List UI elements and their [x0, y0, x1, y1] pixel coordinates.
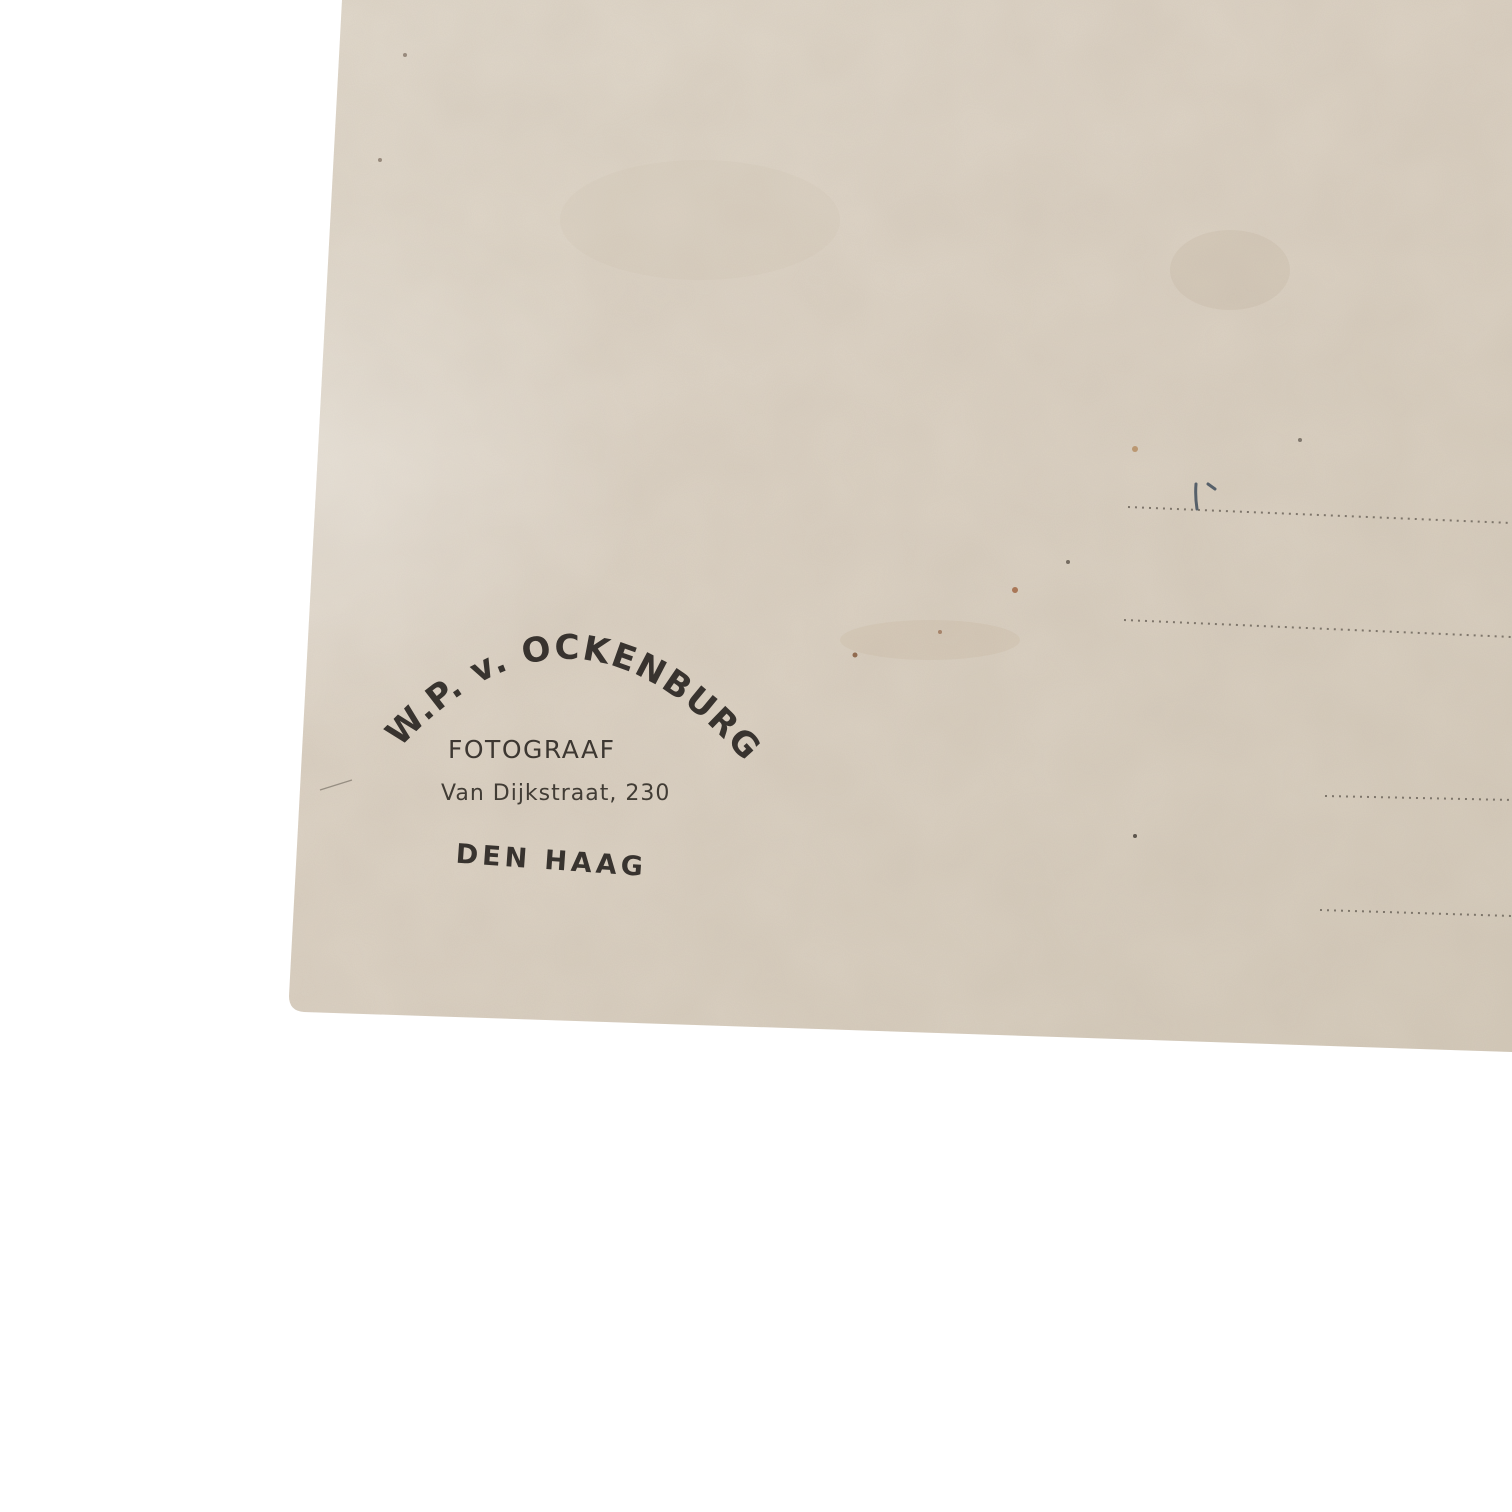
- postcard: [0, 0, 1512, 1100]
- stamp-address: Van Dijkstraat, 230: [441, 781, 670, 806]
- photo-scene: W.P. v. OCKENBURG FOTOGRAAF Van Dijkstra…: [0, 0, 1512, 1512]
- stamp-profession: FOTOGRAAF: [448, 735, 616, 764]
